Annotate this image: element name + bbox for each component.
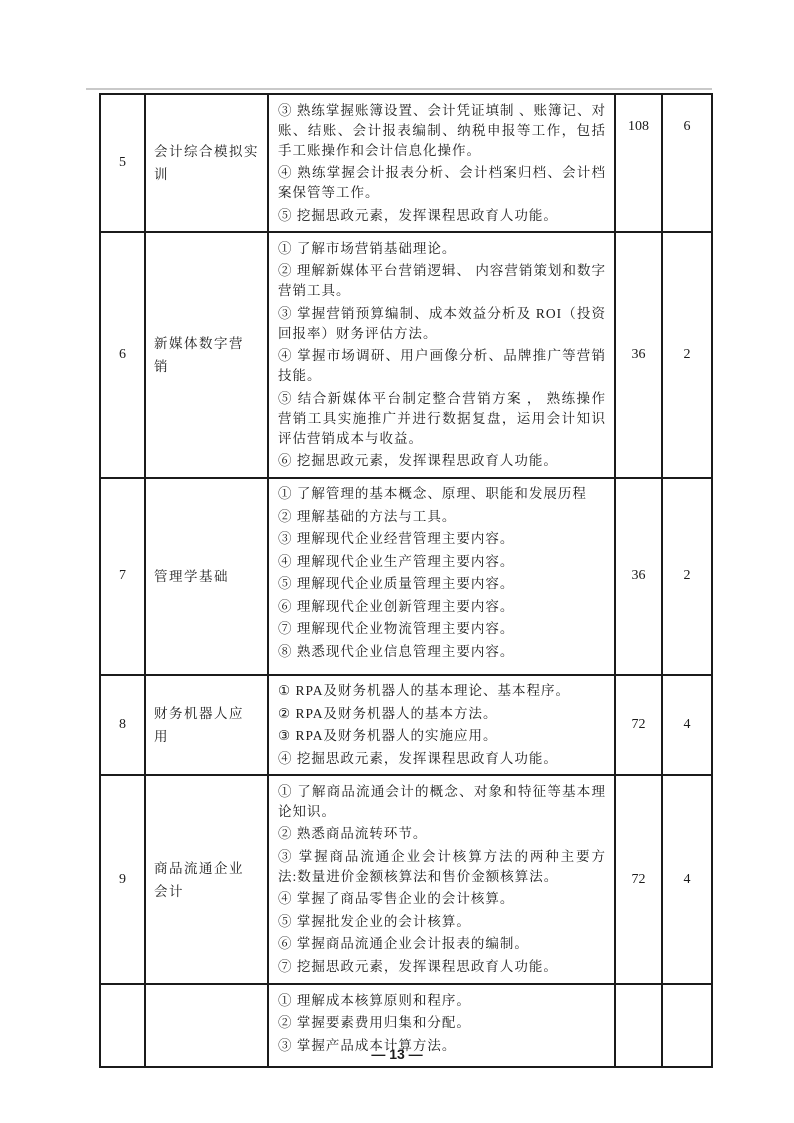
content-item: ⑤ 掌握批发企业的会计核算。 [278,912,606,932]
credits-cell: 6 [662,94,712,232]
content-item: ④ 挖掘思政元素，发挥课程思政育人功能。 [278,749,606,769]
table-row: 5 会计综合模拟实 训 ③ 熟练掌握账簿设置、会计凭证填制 、账簿记、对账、结账… [100,94,712,232]
course-content-cell: ① 了解商品流通会计的概念、对象和特征等基本理论知识。 ② 熟悉商品流转环节。 … [268,775,615,984]
page-number: — 13 — [0,1046,794,1062]
content-item: ② 熟悉商品流转环节。 [278,824,606,844]
course-number-cell: 8 [100,675,145,776]
content-item: ② 理解新媒体平台营销逻辑、 内容营销策划和数字营销工具。 [278,261,606,301]
credits-cell: 2 [662,478,712,675]
course-name-cell: 商品流通企业 会计 [145,775,268,984]
content-item: ⑤ 结合新媒体平台制定整合营销方案 ， 熟练操作营销工具实施推广并进行数据复盘，… [278,389,606,449]
content-item: ③ 理解现代企业经营管理主要内容。 [278,529,606,549]
content-item: ⑤ 理解现代企业质量管理主要内容。 [278,574,606,594]
content-item: ⑥ 理解现代企业创新管理主要内容。 [278,597,606,617]
table-row: 8 财务机器人应 用 ① RPA及财务机器人的基本理论、基本程序。 ② RPA及… [100,675,712,776]
course-content-cell: ① 了解管理的基本概念、原理、职能和发展历程 ② 理解基础的方法与工具。 ③ 理… [268,478,615,675]
course-name-cell: 新媒体数字营 销 [145,232,268,478]
content-item: ② RPA及财务机器人的基本方法。 [278,704,606,724]
content-item: ① 了解商品流通会计的概念、对象和特征等基本理论知识。 [278,782,606,822]
content-item: ③ RPA及财务机器人的实施应用。 [278,726,606,746]
content-item: ① 了解管理的基本概念、原理、职能和发展历程 [278,484,606,504]
content-item: ③ 掌握营销预算编制、成本效益分析及 ROI（投资回报率）财务评估方法。 [278,304,606,344]
course-content-cell: ① 了解市场营销基础理论。 ② 理解新媒体平台营销逻辑、 内容营销策划和数字营销… [268,232,615,478]
course-content-cell: ① RPA及财务机器人的基本理论、基本程序。 ② RPA及财务机器人的基本方法。… [268,675,615,776]
content-item: ② 理解基础的方法与工具。 [278,507,606,527]
course-content-cell: ③ 熟练掌握账簿设置、会计凭证填制 、账簿记、对账、结账、会计报表编制、纳税申报… [268,94,615,232]
course-number-cell: 5 [100,94,145,232]
content-item: ④ 掌握了商品零售企业的会计核算。 [278,889,606,909]
content-item: ① 理解成本核算原则和程序。 [278,991,606,1011]
content-item: ④ 理解现代企业生产管理主要内容。 [278,552,606,572]
hours-cell: 36 [615,478,662,675]
course-number-cell: 6 [100,232,145,478]
scan-artifact [86,88,712,90]
content-item: ④ 掌握市场调研、用户画像分析、品牌推广等营销技能。 [278,346,606,386]
hours-cell: 72 [615,775,662,984]
content-item: ④ 熟练掌握会计报表分析、会计档案归档、会计档案保管等工作。 [278,163,606,203]
table-row: 6 新媒体数字营 销 ① 了解市场营销基础理论。 ② 理解新媒体平台营销逻辑、 … [100,232,712,478]
course-name-cell: 财务机器人应 用 [145,675,268,776]
content-item: ⑧ 熟悉现代企业信息管理主要内容。 [278,642,606,662]
content-item: ⑤ 挖掘思政元素，发挥课程思政育人功能。 [278,206,606,226]
table-row: 7 管理学基础 ① 了解管理的基本概念、原理、职能和发展历程 ② 理解基础的方法… [100,478,712,675]
content-item: ⑦ 挖掘思政元素，发挥课程思政育人功能。 [278,957,606,977]
credits-cell: 4 [662,675,712,776]
course-table: 5 会计综合模拟实 训 ③ 熟练掌握账簿设置、会计凭证填制 、账簿记、对账、结账… [99,93,713,1068]
course-number-cell: 7 [100,478,145,675]
course-name-cell: 会计综合模拟实 训 [145,94,268,232]
content-item: ③ 掌握商品流通企业会计核算方法的两种主要方法:数量进价金额核算法和售价金额核算… [278,847,606,887]
hours-cell: 72 [615,675,662,776]
credits-cell: 4 [662,775,712,984]
content-item: ⑦ 理解现代企业物流管理主要内容。 [278,619,606,639]
credits-cell: 2 [662,232,712,478]
content-item: ② 掌握要素费用归集和分配。 [278,1013,606,1033]
hours-cell: 36 [615,232,662,478]
content-item: ③ 熟练掌握账簿设置、会计凭证填制 、账簿记、对账、结账、会计报表编制、纳税申报… [278,101,606,161]
content-item: ⑥ 掌握商品流通企业会计报表的编制。 [278,934,606,954]
course-name-cell: 管理学基础 [145,478,268,675]
content-item: ① 了解市场营销基础理论。 [278,239,606,259]
content-item: ① RPA及财务机器人的基本理论、基本程序。 [278,681,606,701]
document-page: 5 会计综合模拟实 训 ③ 熟练掌握账簿设置、会计凭证填制 、账簿记、对账、结账… [0,0,794,1123]
content-item: ⑥ 挖掘思政元素，发挥课程思政育人功能。 [278,451,606,471]
course-number-cell: 9 [100,775,145,984]
table-row: 9 商品流通企业 会计 ① 了解商品流通会计的概念、对象和特征等基本理论知识。 … [100,775,712,984]
hours-cell: 108 [615,94,662,232]
